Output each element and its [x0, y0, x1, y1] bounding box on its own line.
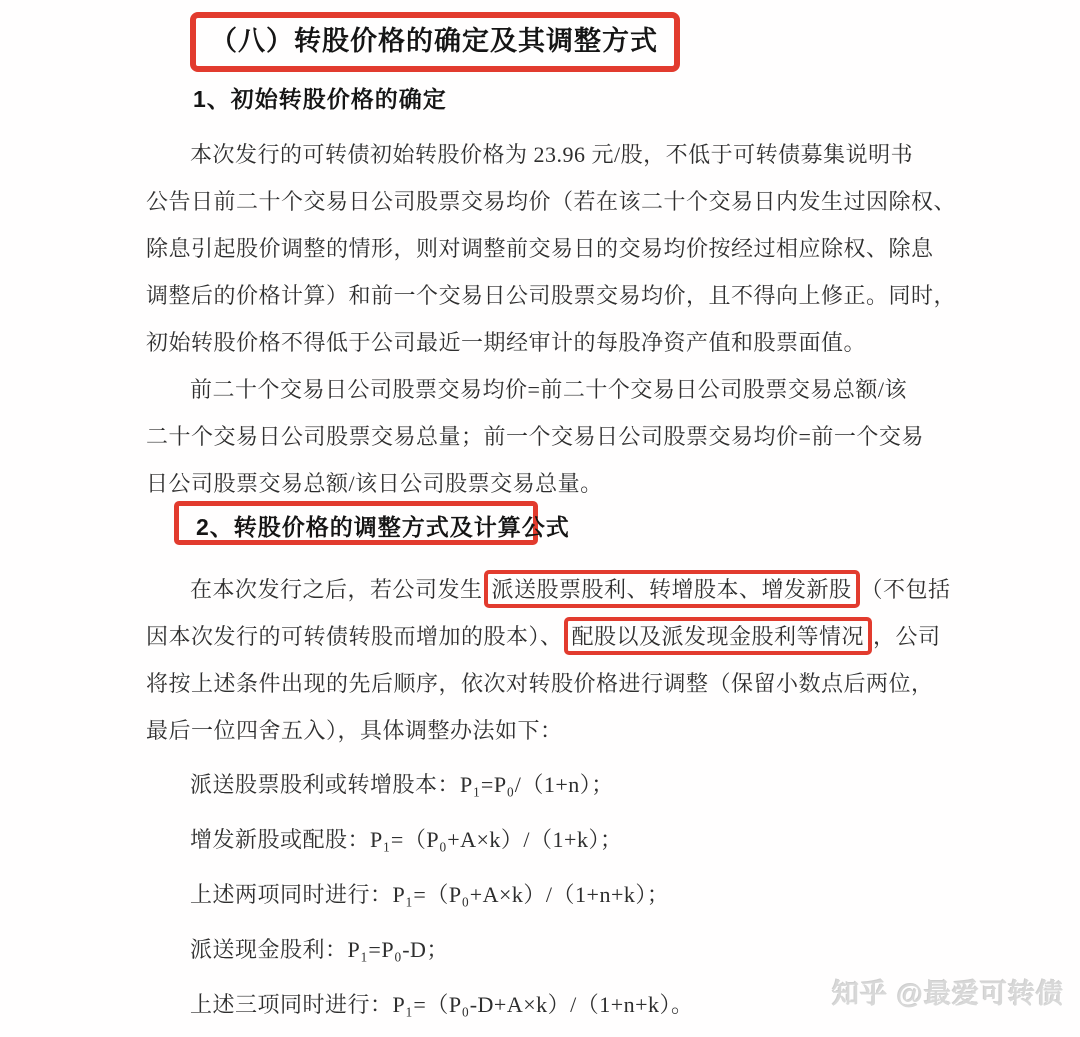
- body-line: 二十个交易日公司股票交易总量；前一个交易日公司股票交易均价=前一个交易: [146, 413, 946, 460]
- red-annotation-inline-box: 配股以及派发现金股利等情况: [564, 617, 873, 655]
- formula-line-cash-dividend: 派送现金股利：P₁=P₀-D；: [146, 922, 946, 977]
- formula-line-three-combined: 上述三项同时进行：P₁=（P₀-D+A×k）/（1+n+k）。: [146, 977, 946, 1032]
- red-annotation-inline-box: 派送股票股利、转增股本、增发新股: [484, 570, 860, 608]
- body-text-segment: ，公司: [873, 624, 941, 649]
- body-line: 在本次发行之后，若公司发生派送股票股利、转增股本、增发新股（不包括: [146, 566, 946, 613]
- formula-line-stock-dividend: 派送股票股利或转增股本：P₁=P₀/（1+n）；: [146, 757, 946, 812]
- body-line: 前二十个交易日公司股票交易均价=前二十个交易日公司股票交易总额/该: [146, 366, 946, 413]
- paragraph-adjustment-conditions: 在本次发行之后，若公司发生派送股票股利、转增股本、增发新股（不包括 因本次发行的…: [146, 566, 946, 754]
- formula-line-new-shares: 增发新股或配股：P₁=（P₀+A×k）/（1+k）；: [146, 812, 946, 867]
- body-text-segment: 在本次发行之后，若公司发生: [190, 577, 483, 602]
- body-line: 除息引起股价调整的情形，则对调整前交易日的交易均价按经过相应除权、除息: [146, 225, 946, 272]
- heading-price-adjustment: 2、转股价格的调整方式及计算公式: [196, 513, 570, 541]
- highlighted-phrase: 派送股票股利、转增股本、增发新股: [492, 577, 852, 602]
- body-line: 日公司股票交易总额/该日公司股票交易总量。: [146, 460, 946, 507]
- zhihu-watermark: 知乎 @最爱可转债: [832, 972, 1064, 1011]
- formula-line-two-combined: 上述两项同时进行：P₁=（P₀+A×k）/（1+n+k）；: [146, 867, 946, 922]
- body-text-segment: （不包括: [861, 577, 951, 602]
- body-line: 因本次发行的可转债转股而增加的股本）、配股以及派发现金股利等情况，公司: [146, 613, 946, 660]
- highlighted-phrase: 配股以及派发现金股利等情况: [572, 624, 865, 649]
- red-annotation-box-title: （八）转股价格的确定及其调整方式: [190, 12, 680, 72]
- body-line: 将按上述条件出现的先后顺序，依次对转股价格进行调整（保留小数点后两位，: [146, 660, 946, 707]
- paragraph-average-price-definition: 前二十个交易日公司股票交易均价=前二十个交易日公司股票交易总额/该 二十个交易日…: [146, 366, 946, 507]
- section-title: （八）转股价格的确定及其调整方式: [210, 25, 658, 57]
- body-line: 调整后的价格计算）和前一个交易日公司股票交易均价，且不得向上修正。同时，: [146, 272, 946, 319]
- body-text-segment: 因本次发行的可转债转股而增加的股本）、: [146, 624, 563, 649]
- body-line: 公告日前二十个交易日公司股票交易均价（若在该二十个交易日内发生过因除权、: [146, 178, 946, 225]
- body-line: 初始转股价格不得低于公司最近一期经审计的每股净资产值和股票面值。: [146, 319, 946, 366]
- document-page: （八）转股价格的确定及其调整方式 1、初始转股价格的确定 本次发行的可转债初始转…: [0, 0, 1080, 1037]
- body-line: 最后一位四舍五入），具体调整办法如下：: [146, 707, 946, 754]
- body-line: 本次发行的可转债初始转股价格为 23.96 元/股，不低于可转债募集说明书: [146, 131, 946, 178]
- paragraph-initial-price: 本次发行的可转债初始转股价格为 23.96 元/股，不低于可转债募集说明书 公告…: [146, 131, 946, 366]
- heading-initial-conversion-price: 1、初始转股价格的确定: [193, 84, 447, 114]
- formula-list: 派送股票股利或转增股本：P₁=P₀/（1+n）； 增发新股或配股：P₁=（P₀+…: [146, 757, 946, 1032]
